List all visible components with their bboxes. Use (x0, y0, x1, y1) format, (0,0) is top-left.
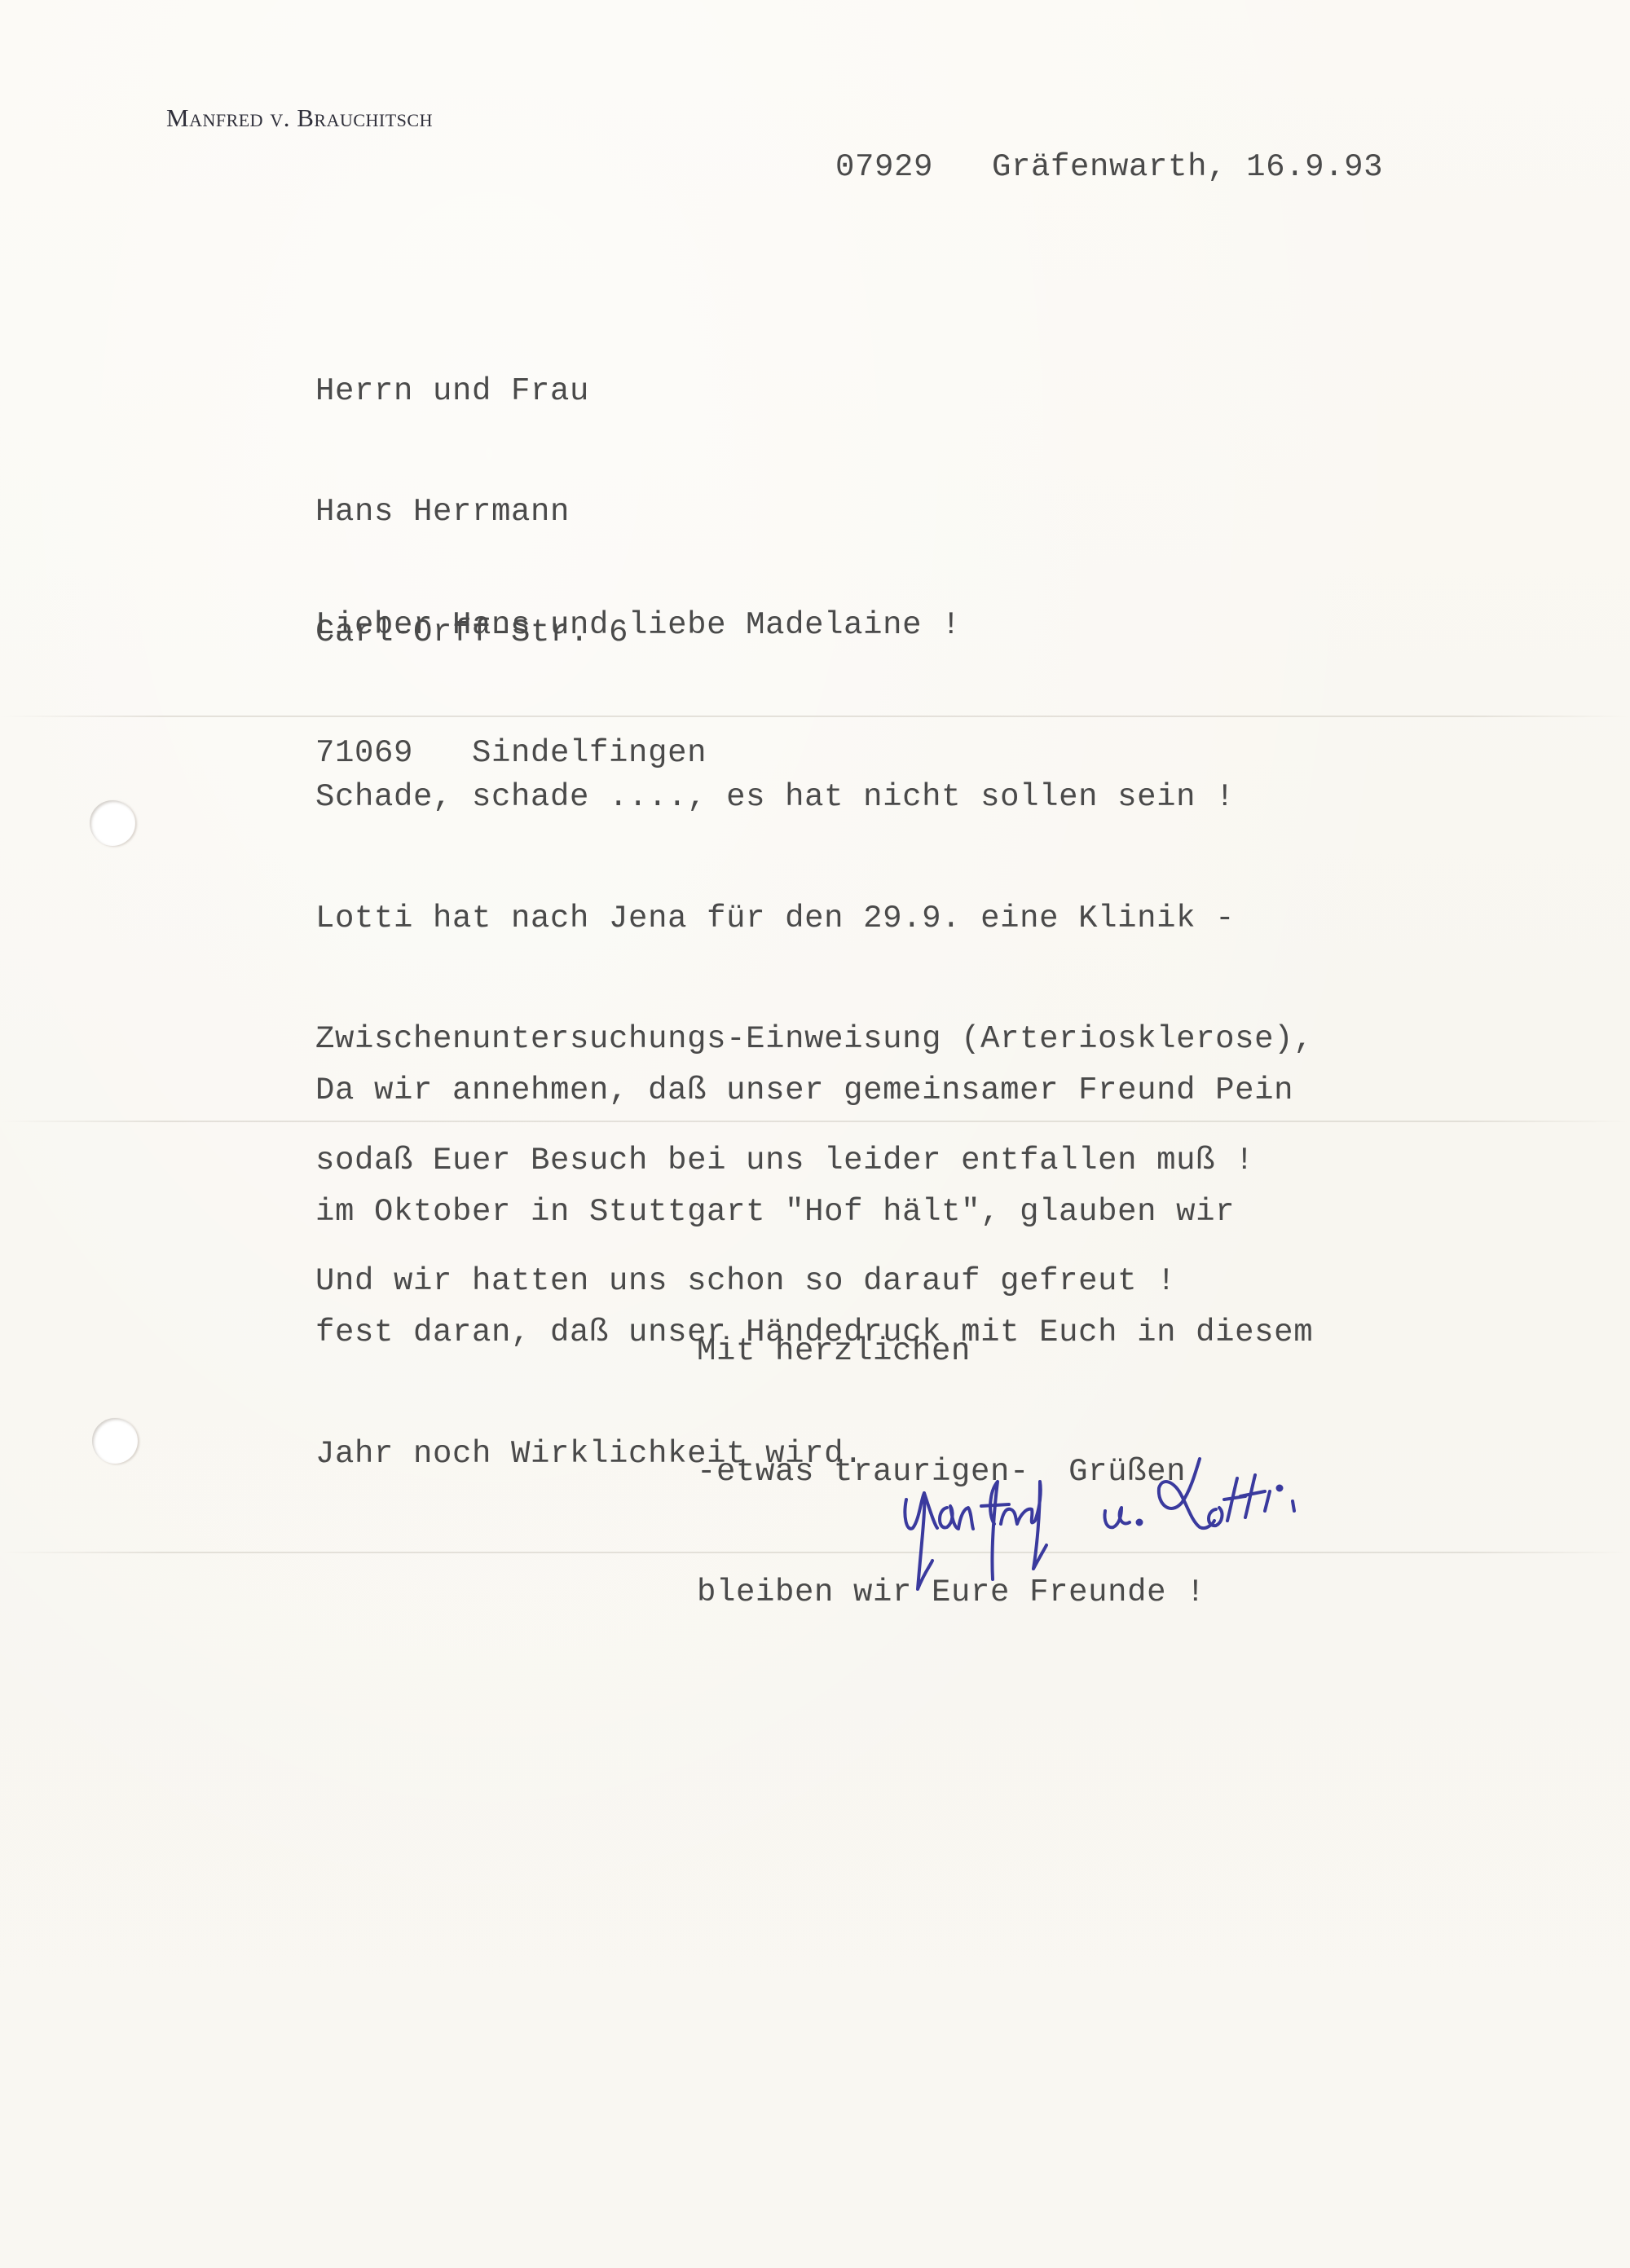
closing-line: Mit herzlichen (697, 1327, 1205, 1376)
letterhead-sender-name: Manfred v. Brauchitsch (166, 103, 433, 133)
salutation: Lieber Hans und liebe Madelaine ! (315, 607, 961, 643)
punch-hole-icon (92, 1418, 138, 1464)
address-line: Hans Herrmann (315, 487, 707, 536)
body-line: Da wir annehmen, daß unser gemeinsamer F… (315, 1066, 1313, 1116)
address-line: Herrn und Frau (315, 367, 707, 416)
handwritten-signature: Manfred u. Lotti. (896, 1442, 1402, 1605)
dateline: 07929 Gräfenwarth, 16.9.93 (835, 149, 1383, 185)
body-line: im Oktober in Stuttgart "Hof hält", glau… (315, 1187, 1313, 1237)
body-line: Schade, schade ...., es hat nicht sollen… (315, 773, 1313, 822)
punch-hole-icon (90, 800, 135, 846)
body-line: Lotti hat nach Jena für den 29.9. eine K… (315, 894, 1313, 944)
signature-ink-icon (896, 1442, 1402, 1605)
